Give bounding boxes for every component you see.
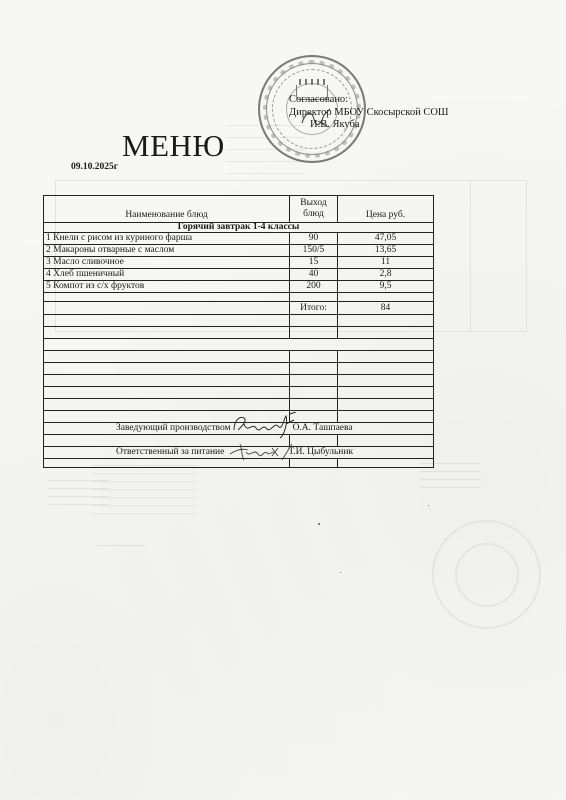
empty-row (44, 399, 434, 411)
dish-name: 4 Хлеб пшеничный (44, 269, 290, 281)
empty-row (44, 411, 434, 423)
section-title-row: Горячий завтрак 1-4 классы (44, 223, 434, 233)
production-head-signature-cell: Заведующий производствомО.А. Ташпаева (44, 423, 434, 435)
empty-row (44, 375, 434, 387)
dish-price: 47,05 (338, 233, 434, 245)
nutrition-resp-signature-row: Ответственный за питаниеТ.И. Цыбульник (44, 447, 434, 459)
dish-name: 5 Компот из с/х фруктов (44, 281, 290, 293)
total-row: Итого: 84 (44, 302, 434, 315)
approval-block: Согласовано: Директор МБОУ Скосырской СО… (289, 94, 449, 132)
header-dish-name: Наименование блюд (44, 196, 290, 223)
scan-speck (428, 505, 429, 506)
section-title: Горячий завтрак 1-4 классы (44, 223, 434, 233)
table-header-row: Наименование блюд Выход блюд Цена руб. (44, 196, 434, 223)
dish-yield: 40 (290, 269, 338, 281)
dish-name: 2 Макароны отварные с маслом (44, 245, 290, 257)
table-row: 5 Компот из с/х фруктов 200 9,5 (44, 281, 434, 293)
dish-price: 11 (338, 257, 434, 269)
approval-position: Директор МБОУ Скосырской СОШ (289, 107, 449, 120)
scan-speck (340, 572, 341, 573)
empty-row (44, 435, 434, 447)
empty-row (44, 315, 434, 327)
bleed-through-text (92, 465, 197, 515)
bleed-through-line (97, 545, 145, 546)
bleed-through-seal-inner (455, 543, 519, 607)
empty-row (44, 293, 434, 302)
page-title: МЕНЮ (122, 128, 225, 164)
dish-price: 9,5 (338, 281, 434, 293)
production-head-name: О.А. Ташпаева (293, 423, 353, 433)
table-row: 3 Масло сливочное 15 11 (44, 257, 434, 269)
empty-row (44, 327, 434, 339)
total-value: 84 (338, 302, 434, 315)
dish-yield: 15 (290, 257, 338, 269)
dish-name: 1 Кнели с рисом из куриного фарша (44, 233, 290, 245)
dish-yield: 150/5 (290, 245, 338, 257)
empty-row (44, 351, 434, 363)
table-row: 1 Кнели с рисом из куриного фарша 90 47,… (44, 233, 434, 245)
dish-price: 13,65 (338, 245, 434, 257)
dish-yield: 200 (290, 281, 338, 293)
empty-row (44, 459, 434, 468)
approval-name: И.В. Якуба (289, 119, 449, 132)
nutrition-resp-name: Т.И. Цыбульник (288, 447, 353, 457)
header-yield-label: Выход блюд (300, 198, 326, 219)
table-row: 4 Хлеб пшеничный 40 2,8 (44, 269, 434, 281)
nutrition-resp-role: Ответственный за питание (116, 447, 224, 457)
menu-date: 09.10.2025г (71, 162, 118, 172)
dish-yield: 90 (290, 233, 338, 245)
approval-label: Согласовано: (289, 94, 449, 107)
nutrition-resp-signature-cell: Ответственный за питаниеТ.И. Цыбульник (44, 447, 434, 459)
table-row: 2 Макароны отварные с маслом 150/5 13,65 (44, 245, 434, 257)
empty-row (44, 363, 434, 375)
scan-speck (318, 523, 320, 525)
production-head-signature-row: Заведующий производствомО.А. Ташпаева (44, 423, 434, 435)
empty-row (44, 387, 434, 399)
header-price: Цена руб. (338, 196, 434, 223)
dish-name: 3 Масло сливочное (44, 257, 290, 269)
dish-price: 2,8 (338, 269, 434, 281)
bleed-through-table-col (470, 180, 527, 330)
total-empty-cell (44, 302, 290, 315)
production-head-role: Заведующий производством (116, 423, 231, 433)
header-yield: Выход блюд (290, 196, 338, 223)
total-label: Итого: (290, 302, 338, 315)
empty-merged-row (44, 339, 434, 351)
menu-table: Наименование блюд Выход блюд Цена руб. Г… (43, 195, 434, 468)
